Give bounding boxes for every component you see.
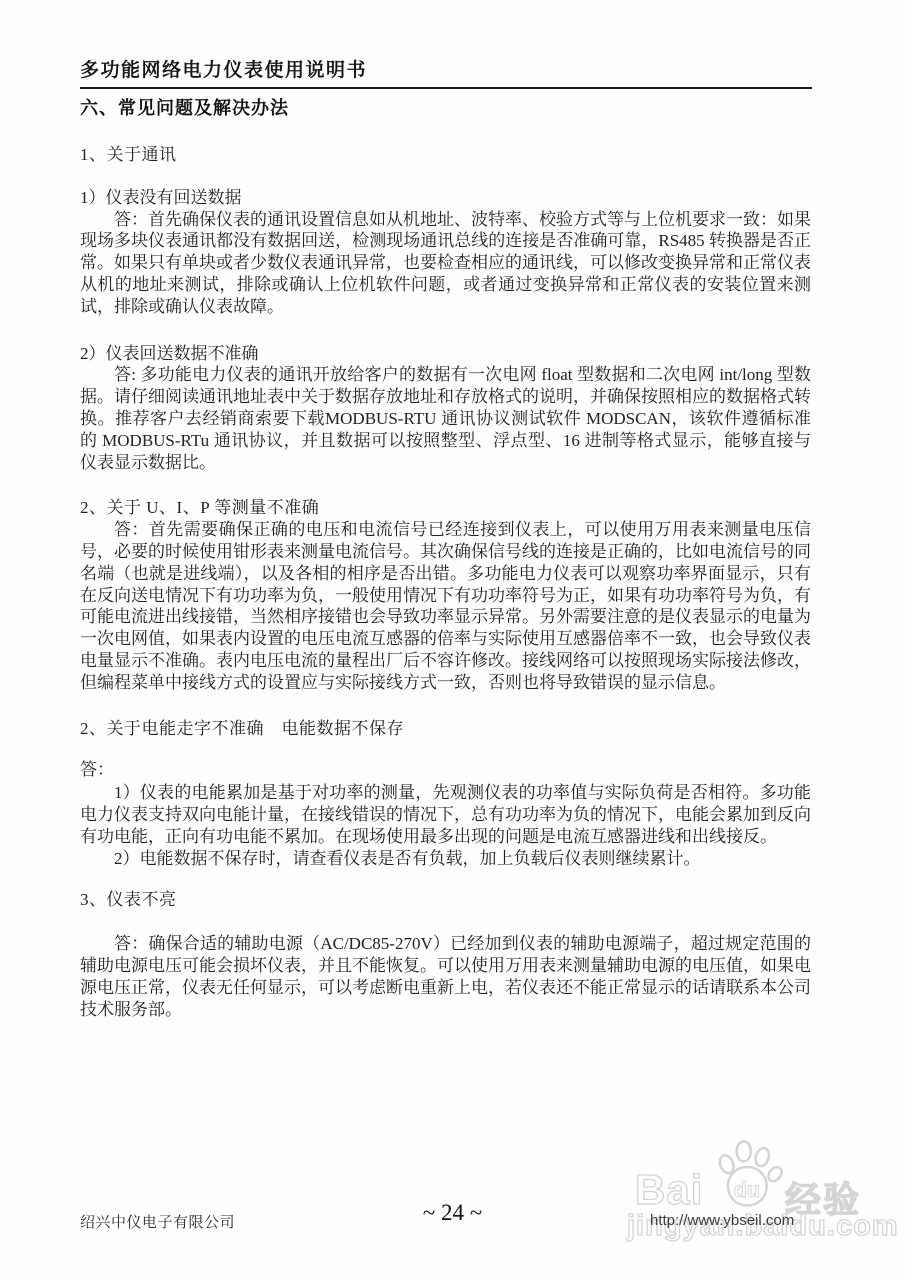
website-url-text: http://www.ybseil.com [650,1212,794,1229]
baidu-logo-bai-text: Bai [635,1166,703,1214]
svg-text:du: du [734,1178,760,1202]
question-heading-measurement: 2、关于 U、I、P 等测量不准确 [80,497,811,519]
subheading-no-data-returned: 1）仪表没有回送数据 [80,187,811,209]
section-title: 六、常见问题及解决办法 [80,97,811,119]
answer-paragraph: 答：首先确保仪表的通讯设置信息如从机地址、波特率、校验方式等与上位机要求一致：如… [80,209,811,318]
answer-item-2: 2）电能数据不保存时，请查看仪表是否有负载，加上负载后仪表则继续累计。 [80,848,811,870]
answer-paragraph: 答：首先需要确保正确的电压和电流信号已经连接到仪表上，可以使用万用表来测量电压信… [80,519,811,693]
subheading-inaccurate-data: 2）仪表回送数据不准确 [80,343,811,365]
document-page: 多功能网络电力仪表使用说明书 六、常见问题及解决办法 1、关于通讯 1）仪表没有… [0,0,905,1280]
answer-paragraph: 答: 多功能电力仪表的通讯开放给客户的数据有一次电网 float 型数据和二次电… [80,364,811,473]
header-rule [80,87,812,89]
question-heading-display-off: 3、仪表不亮 [80,889,811,911]
answer-paragraph: 答：确保合适的辅助电源（AC/DC85-270V）已经加到仪表的辅助电源端子，超… [80,933,811,1020]
baidu-jingyan-watermark: Bai du 经验 jingyan.baidu.com http://www.y… [627,1142,897,1262]
question-heading-communication: 1、关于通讯 [80,144,811,166]
question-heading-energy: 2、关于电能走字不准确 电能数据不保存 [80,718,811,740]
document-title: 多功能网络电力仪表使用说明书 [80,55,367,82]
answer-label: 答： [80,759,811,781]
answer-item-1: 1）仪表的电能累加是基于对功率的测量，先观测仪表的功率值与实际负荷是否相符。多功… [80,782,811,847]
content-column: 六、常见问题及解决办法 1、关于通讯 1）仪表没有回送数据 答：首先确保仪表的通… [80,97,811,1020]
baidu-paw-icon: du [712,1140,784,1219]
